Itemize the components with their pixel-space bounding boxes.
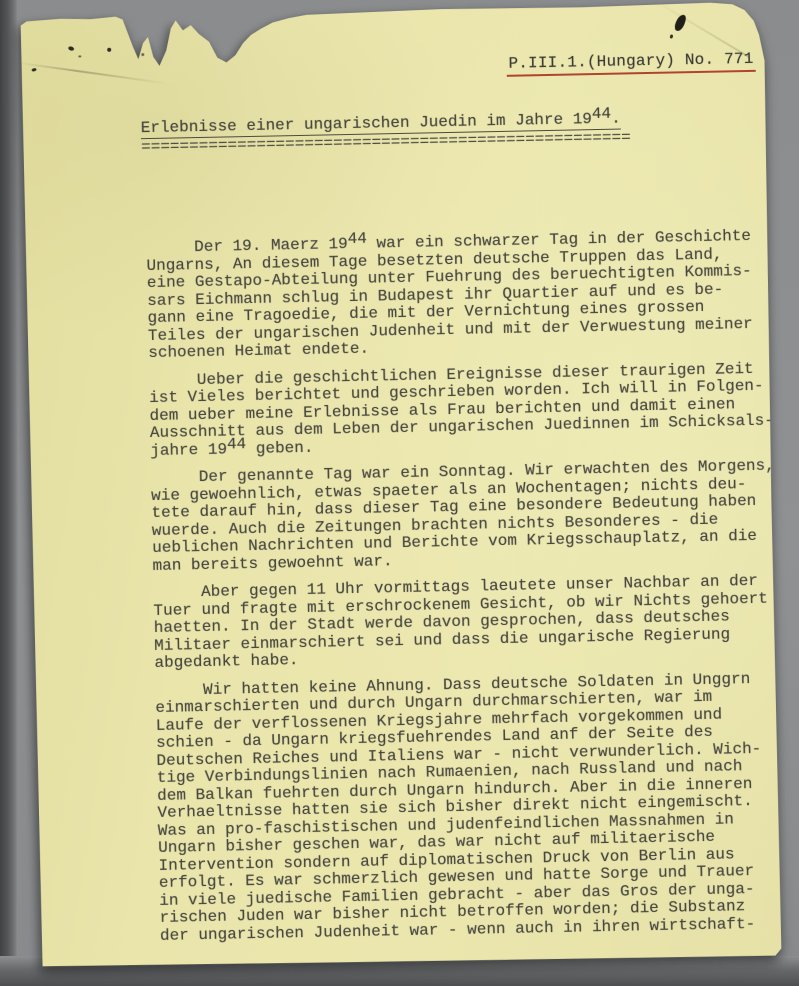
paper-crease bbox=[18, 62, 167, 84]
title-block: Erlebnisse einer ungarischen Juedin im J… bbox=[141, 109, 631, 153]
paper-speck bbox=[78, 55, 81, 57]
raised-digits: 44 bbox=[592, 105, 612, 123]
ink-mark bbox=[674, 13, 687, 32]
paper-speck bbox=[141, 53, 144, 56]
paragraph: Der genannte Tag war ein Sonntag. Wir er… bbox=[151, 457, 793, 575]
paragraph: Aber gegen 11 Uhr vormittags laeutete un… bbox=[153, 572, 795, 672]
paper-sheet: P.III.1.(Hungary) No. 771 Erlebnisse ein… bbox=[20, 1, 783, 972]
paper-speck bbox=[31, 68, 37, 72]
reference-number: P.III.1.(Hungary) No. 771 bbox=[506, 50, 755, 77]
paragraph: Ueber die geschichtlichen Ereignisse die… bbox=[149, 360, 791, 460]
document-body: Der 19. Maerz 1944 war ein schwarzer Tag… bbox=[146, 227, 799, 955]
raised-digits: 44 bbox=[347, 230, 367, 248]
paragraph: Der 19. Maerz 1944 war ein schwarzer Tag… bbox=[146, 227, 788, 362]
paper-speck bbox=[68, 46, 75, 52]
photo-background: P.III.1.(Hungary) No. 771 Erlebnisse ein… bbox=[0, 0, 799, 986]
background-shadow-left bbox=[0, 0, 18, 986]
paper-speck bbox=[107, 48, 111, 52]
document-page: P.III.1.(Hungary) No. 771 Erlebnisse ein… bbox=[20, 1, 783, 972]
paragraph: Wir hatten keine Ahnung. Dass deutsche S… bbox=[155, 670, 799, 945]
raised-digits: 44 bbox=[227, 435, 247, 453]
